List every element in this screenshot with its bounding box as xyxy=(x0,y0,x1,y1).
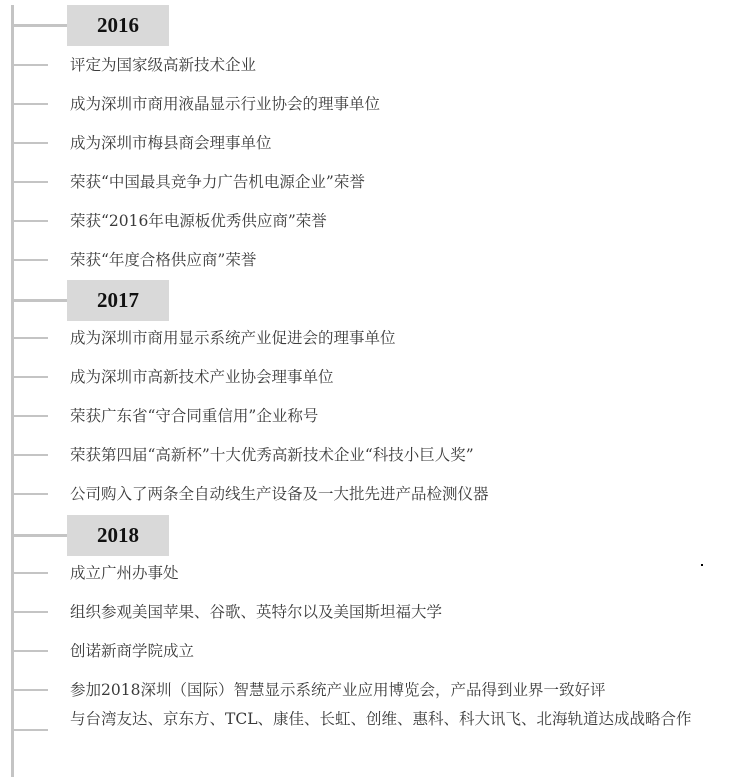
item-text: 荣获第四届“高新杯”十大优秀高新技术企业“科技小巨人奖” xyxy=(70,444,700,466)
year-heading-2017: 2017 xyxy=(0,280,200,321)
item-text: 成为深圳市高新技术产业协会理事单位 xyxy=(70,366,700,388)
item-connector xyxy=(14,181,48,183)
item-connector xyxy=(14,337,48,339)
item-connector xyxy=(14,259,48,261)
year-heading-2016: 2016 xyxy=(0,5,200,46)
year-connector xyxy=(14,534,67,537)
item-connector xyxy=(14,454,48,456)
item-text: 荣获广东省“守合同重信用”企业称号 xyxy=(70,405,700,427)
year-label: 2018 xyxy=(67,515,169,556)
item-connector xyxy=(14,493,48,495)
item-connector xyxy=(14,611,48,613)
item-connector xyxy=(14,689,48,691)
item-connector xyxy=(14,64,48,66)
item-text: 成为深圳市商用显示系统产业促进会的理事单位 xyxy=(70,327,700,349)
year-label: 2016 xyxy=(67,5,169,46)
item-text: 与台湾友达、京东方、TCL、康佳、长虹、创维、惠科、科大讯飞、北海轨道达成战略合… xyxy=(70,709,695,730)
item-text: 创诺新商学院成立 xyxy=(70,640,700,662)
item-text: 荣获“2016年电源板优秀供应商”荣誉 xyxy=(70,210,700,232)
item-text: 成立广州办事处 xyxy=(70,562,700,584)
year-connector xyxy=(14,299,67,302)
item-connector xyxy=(14,142,48,144)
year-label: 2017 xyxy=(67,280,169,321)
item-text: 参加2018深圳（国际）智慧显示系统产业应用博览会，产品得到业界一致好评 xyxy=(70,679,700,701)
item-text: 组织参观美国苹果、谷歌、英特尔以及美国斯坦福大学 xyxy=(70,601,700,623)
item-text: 荣获“中国最具竞争力广告机电源企业”荣誉 xyxy=(70,171,700,193)
item-text: 公司购入了两条全自动线生产设备及一大批先进产品检测仪器 xyxy=(70,483,700,505)
item-connector xyxy=(14,650,48,652)
item-connector xyxy=(14,376,48,378)
stray-dot xyxy=(701,564,703,566)
year-connector xyxy=(14,24,67,27)
year-heading-2018: 2018 xyxy=(0,515,200,556)
item-text: 成为深圳市梅县商会理事单位 xyxy=(70,132,700,154)
item-connector xyxy=(14,415,48,417)
timeline-axis xyxy=(11,5,14,777)
item-connector xyxy=(14,729,48,731)
item-text: 成为深圳市商用液晶显示行业协会的理事单位 xyxy=(70,93,700,115)
item-connector xyxy=(14,572,48,574)
item-text: 荣获“年度合格供应商”荣誉 xyxy=(70,249,700,271)
item-connector xyxy=(14,220,48,222)
item-connector xyxy=(14,103,48,105)
item-text: 评定为国家级高新技术企业 xyxy=(70,54,700,76)
